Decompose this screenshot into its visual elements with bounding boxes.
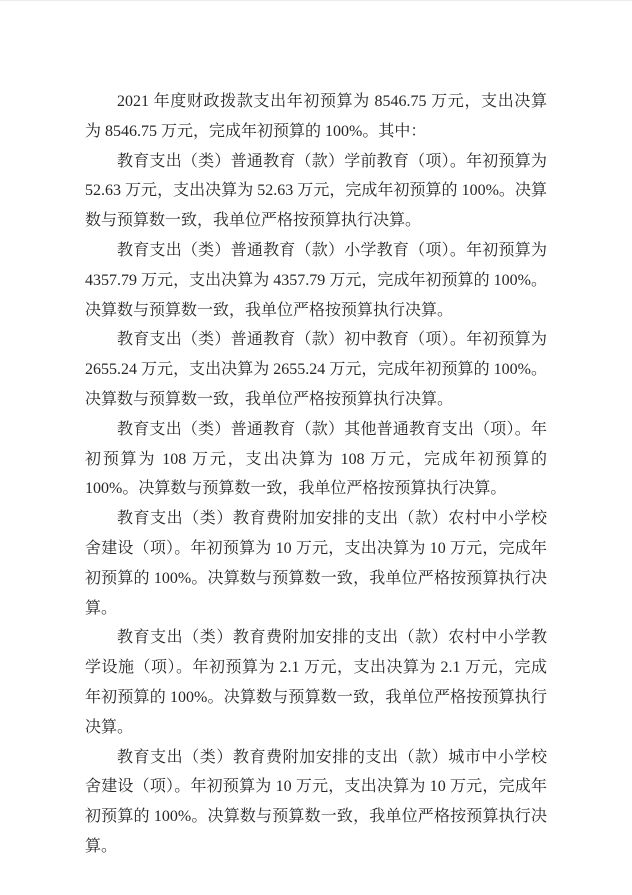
paragraph-primary-education: 教育支出（类）普通教育（款）小学教育（项）。年初预算为 4357.79 万元，支… <box>85 236 547 325</box>
document-body: 2021 年度财政拨款支出年初预算为 8546.75 万元，支出决算为 8546… <box>85 87 547 862</box>
paragraph-fiscal-expenditure-overview: 2021 年度财政拨款支出年初预算为 8546.75 万元，支出决算为 8546… <box>85 87 547 147</box>
page-top-edge-line <box>0 0 632 1</box>
paragraph-preschool-education: 教育支出（类）普通教育（款）学前教育（项）。年初预算为 52.63 万元，支出决… <box>85 147 547 236</box>
paragraph-urban-school-building-construction: 教育支出（类）教育费附加安排的支出（款）城市中小学校舍建设（项）。年初预算为 1… <box>85 743 547 862</box>
paragraph-rural-teaching-facilities: 教育支出（类）教育费附加安排的支出（款）农村中小学教学设施（项）。年初预算为 2… <box>85 623 547 742</box>
paragraph-rural-school-building-construction: 教育支出（类）教育费附加安排的支出（款）农村中小学校舍建设（项）。年初预算为 1… <box>85 504 547 623</box>
paragraph-other-general-education: 教育支出（类）普通教育（款）其他普通教育支出（项）。年初预算为 108 万元，支… <box>85 415 547 504</box>
paragraph-junior-high-education: 教育支出（类）普通教育（款）初中教育（项）。年初预算为 2655.24 万元，支… <box>85 325 547 414</box>
document-page: 2021 年度财政拨款支出年初预算为 8546.75 万元，支出决算为 8546… <box>0 0 632 895</box>
